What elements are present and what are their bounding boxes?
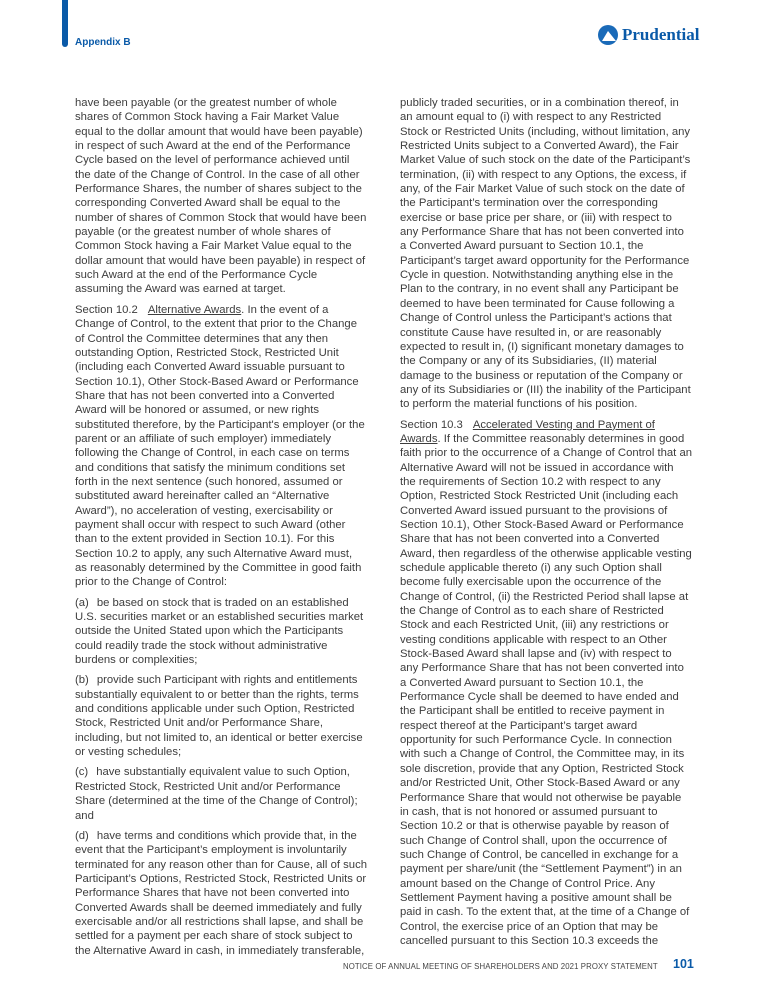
- list-item: (a)be based on stock that is traded on a…: [75, 596, 367, 668]
- paragraph: publicly traded securities, or in a comb…: [400, 96, 692, 412]
- brand-name: Prudential: [622, 25, 699, 45]
- section-label: Appendix B: [75, 37, 131, 48]
- section-number: Section 10.3: [400, 419, 463, 431]
- section-title: Alternative Awards: [148, 304, 241, 316]
- section-body: . If the Committee reasonably determines…: [400, 433, 692, 947]
- paragraph: have been payable (or the greatest numbe…: [75, 96, 367, 297]
- section-10-2: Section 10.2Alternative Awards. In the e…: [75, 303, 367, 590]
- brand-logo: Prudential: [598, 25, 699, 45]
- list-item: (d)have terms and conditions which provi…: [75, 829, 367, 958]
- right-column: publicly traded securities, or in a comb…: [400, 96, 692, 954]
- header-accent-bar: [62, 0, 68, 47]
- left-column: have been payable (or the greatest numbe…: [75, 96, 367, 964]
- section-number: Section 10.2: [75, 304, 138, 316]
- list-item: (c)have substantially equivalent value t…: [75, 765, 367, 822]
- page-number: 101: [673, 957, 694, 971]
- footer-text: NOTICE OF ANNUAL MEETING OF SHAREHOLDERS…: [343, 962, 658, 971]
- section-10-3: Section 10.3Accelerated Vesting and Paym…: [400, 418, 692, 949]
- rock-logo-icon: [598, 25, 618, 45]
- section-body: . In the event of a Change of Control, t…: [75, 304, 365, 589]
- list-item: (b)provide such Participant with rights …: [75, 673, 367, 759]
